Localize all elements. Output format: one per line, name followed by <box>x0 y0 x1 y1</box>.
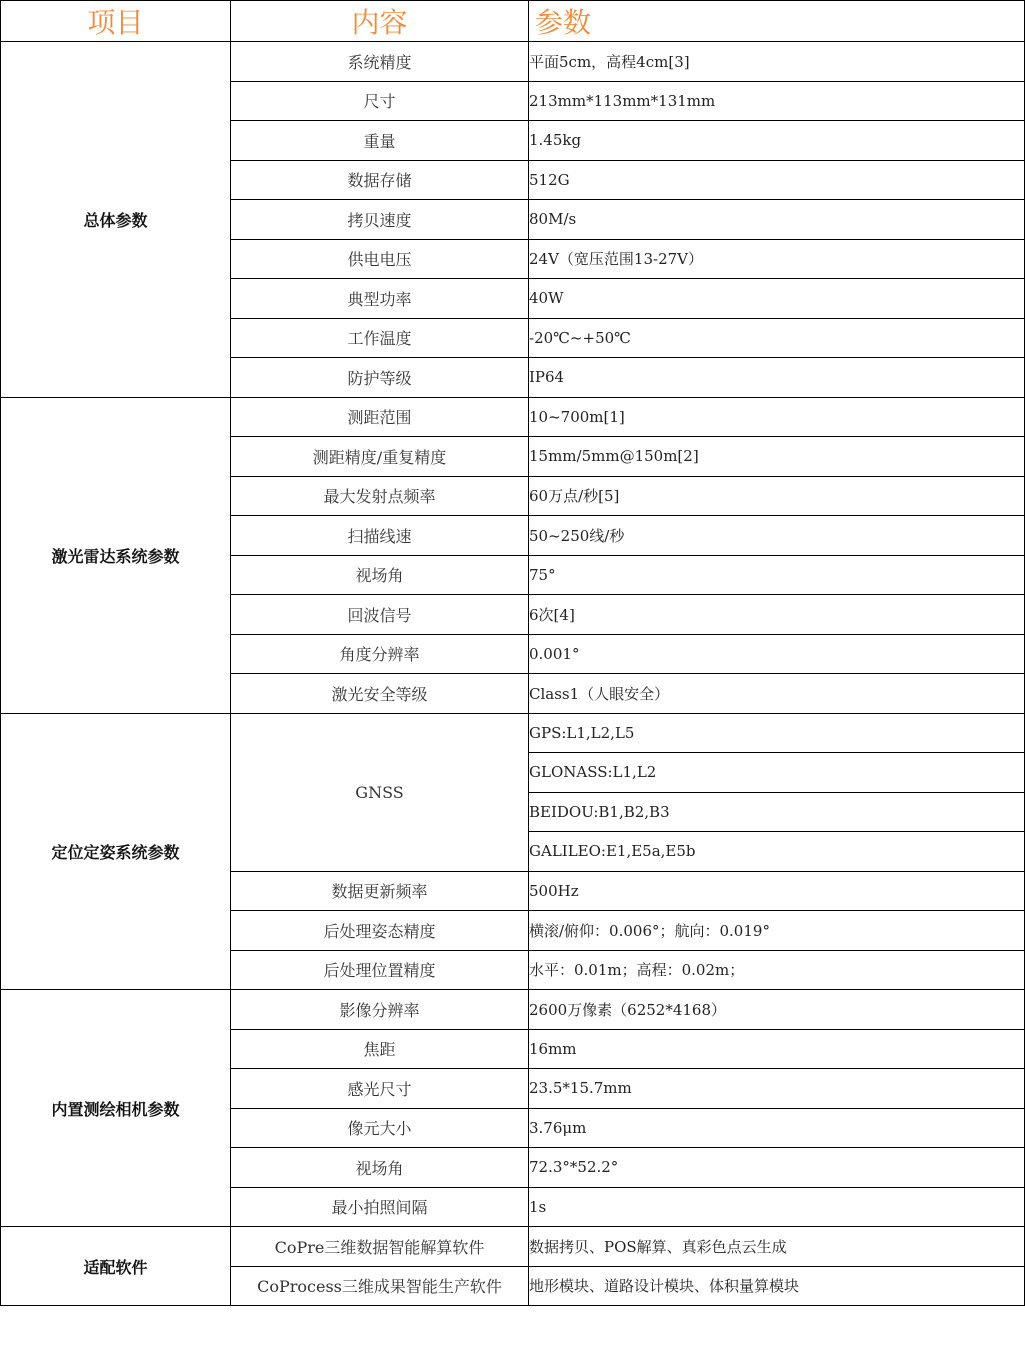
item-value: -20℃~+50℃ <box>529 318 1025 358</box>
table-row: 内置测绘相机参数 影像分辨率 2600万像素（6252*4168） <box>1 990 1025 1030</box>
item-value: 213mm*113mm*131mm <box>529 81 1025 121</box>
item-label: 焦距 <box>231 1029 529 1069</box>
item-value: 0.001° <box>529 634 1025 674</box>
item-value: 23.5*15.7mm <box>529 1069 1025 1109</box>
item-value: 60万点/秒[5] <box>529 476 1025 516</box>
item-label: CoProcess三维成果智能生产软件 <box>231 1266 529 1306</box>
item-value: 3.76μm <box>529 1108 1025 1148</box>
item-value: 72.3°*52.2° <box>529 1148 1025 1188</box>
item-label: 尺寸 <box>231 81 529 121</box>
item-value: 40W <box>529 279 1025 319</box>
category-positioning: 定位定姿系统参数 <box>1 713 231 990</box>
item-value: 10~700m[1] <box>529 397 1025 437</box>
item-value: 横滚/俯仰：0.006°；航向：0.019° <box>529 911 1025 951</box>
item-label: 防护等级 <box>231 358 529 398</box>
item-label: 感光尺寸 <box>231 1069 529 1109</box>
item-label: 后处理位置精度 <box>231 950 529 990</box>
item-value: 数据拷贝、POS解算、真彩色点云生成 <box>529 1227 1025 1267</box>
item-label-gnss: GNSS <box>231 713 529 871</box>
item-value: Class1（人眼安全） <box>529 674 1025 714</box>
gnss-value: GALILEO:E1,E5a,E5b <box>529 832 1025 872</box>
item-label: 重量 <box>231 121 529 161</box>
item-value: 15mm/5mm@150m[2] <box>529 437 1025 477</box>
category-software: 适配软件 <box>1 1227 231 1306</box>
item-label: 供电电压 <box>231 239 529 279</box>
item-label: 测距精度/重复精度 <box>231 437 529 477</box>
table-row: 总体参数 系统精度 平面5cm，高程4cm[3] <box>1 42 1025 82</box>
item-value: 50~250线/秒 <box>529 516 1025 556</box>
gnss-value: GPS:L1,L2,L5 <box>529 713 1025 753</box>
category-general: 总体参数 <box>1 42 231 398</box>
item-value: 512G <box>529 160 1025 200</box>
item-value: 6次[4] <box>529 595 1025 635</box>
item-value: 平面5cm，高程4cm[3] <box>529 42 1025 82</box>
item-label: 角度分辨率 <box>231 634 529 674</box>
item-value: 2600万像素（6252*4168） <box>529 990 1025 1030</box>
item-value: 16mm <box>529 1029 1025 1069</box>
item-label: CoPre三维数据智能解算软件 <box>231 1227 529 1267</box>
item-label: 拷贝速度 <box>231 200 529 240</box>
item-value: 24V（宽压范围13-27V） <box>529 239 1025 279</box>
item-label: 激光安全等级 <box>231 674 529 714</box>
table-row: 定位定姿系统参数 GNSS GPS:L1,L2,L5 <box>1 713 1025 753</box>
gnss-value: BEIDOU:B1,B2,B3 <box>529 792 1025 832</box>
category-lidar: 激光雷达系统参数 <box>1 397 231 713</box>
item-label: 视场角 <box>231 555 529 595</box>
header-item: 项目 <box>1 1 231 42</box>
item-value: 水平：0.01m；高程：0.02m； <box>529 950 1025 990</box>
item-value: 1s <box>529 1187 1025 1227</box>
item-label: 工作温度 <box>231 318 529 358</box>
item-value: 1.45kg <box>529 121 1025 161</box>
item-label: 回波信号 <box>231 595 529 635</box>
header-params: 参数 <box>529 1 1025 42</box>
item-label: 最大发射点频率 <box>231 476 529 516</box>
item-label: 后处理姿态精度 <box>231 911 529 951</box>
item-label: 数据存储 <box>231 160 529 200</box>
gnss-value: GLONASS:L1,L2 <box>529 753 1025 793</box>
header-row: 项目 内容 参数 <box>1 1 1025 42</box>
item-label: 视场角 <box>231 1148 529 1188</box>
category-camera: 内置测绘相机参数 <box>1 990 231 1227</box>
item-label: 影像分辨率 <box>231 990 529 1030</box>
header-content: 内容 <box>231 1 529 42</box>
item-label: 像元大小 <box>231 1108 529 1148</box>
item-label: 扫描线速 <box>231 516 529 556</box>
table-row: 激光雷达系统参数 测距范围 10~700m[1] <box>1 397 1025 437</box>
item-label: 系统精度 <box>231 42 529 82</box>
table-row: 适配软件 CoPre三维数据智能解算软件 数据拷贝、POS解算、真彩色点云生成 <box>1 1227 1025 1267</box>
item-value: 75° <box>529 555 1025 595</box>
spec-table: 项目 内容 参数 总体参数 系统精度 平面5cm，高程4cm[3] 尺寸 213… <box>0 0 1025 1306</box>
item-label: 数据更新频率 <box>231 871 529 911</box>
item-value: 500Hz <box>529 871 1025 911</box>
item-value: 80M/s <box>529 200 1025 240</box>
item-label: 典型功率 <box>231 279 529 319</box>
item-label: 最小拍照间隔 <box>231 1187 529 1227</box>
item-label: 测距范围 <box>231 397 529 437</box>
item-value: 地形模块、道路设计模块、体积量算模块 <box>529 1266 1025 1306</box>
item-value: IP64 <box>529 358 1025 398</box>
